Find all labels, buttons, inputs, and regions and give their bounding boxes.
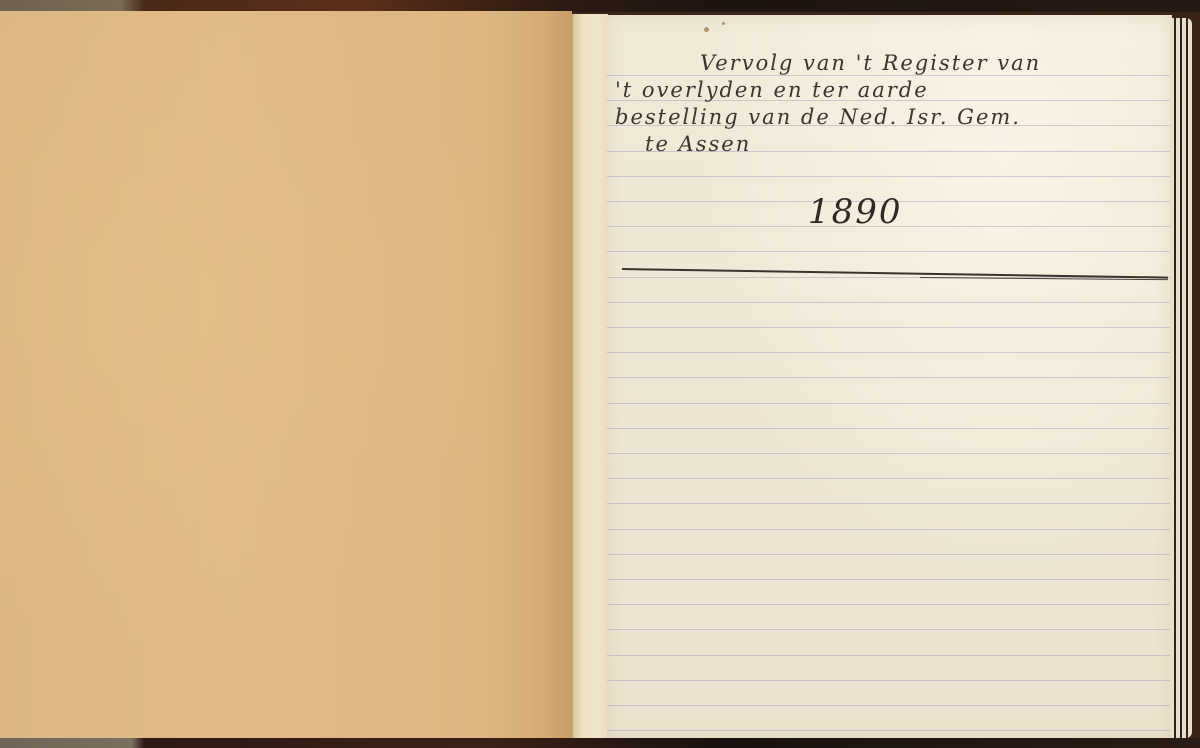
page-stack-edges	[1170, 18, 1192, 738]
ruled-line	[607, 503, 1172, 504]
ruled-line	[607, 554, 1172, 555]
ruled-line	[607, 403, 1172, 404]
ruled-line	[607, 327, 1172, 328]
binding-gutter	[572, 14, 608, 742]
ruled-line	[607, 478, 1172, 479]
ruled-line	[607, 529, 1172, 530]
ruled-line	[607, 579, 1172, 580]
heading-line-2: 't overlyden en ter aarde	[615, 77, 1170, 104]
heading-line-4: te Assen	[615, 131, 1170, 158]
ruled-line	[607, 176, 1172, 177]
heading-line-1: Vervolg van 't Register van	[615, 50, 1170, 77]
ruled-line	[607, 302, 1172, 303]
ruled-line	[607, 705, 1172, 706]
ink-spot	[722, 22, 725, 25]
ruled-line	[607, 428, 1172, 429]
register-heading: Vervolg van 't Register van 't overlyden…	[615, 50, 1170, 158]
ruled-line	[607, 629, 1172, 630]
ruled-line	[607, 377, 1172, 378]
ink-spot	[704, 27, 709, 32]
ruled-line	[607, 352, 1172, 353]
ruled-line	[607, 604, 1172, 605]
left-blank-page	[0, 11, 572, 739]
heading-line-3: bestelling van de Ned. Isr. Gem.	[615, 104, 1170, 131]
ruled-line	[607, 730, 1172, 731]
ruled-line	[607, 680, 1172, 681]
ruled-line	[607, 251, 1172, 252]
ruled-line	[607, 655, 1172, 656]
book-cover-bottom-edge	[0, 738, 1200, 748]
ruled-line	[607, 453, 1172, 454]
year-label: 1890	[808, 192, 903, 232]
